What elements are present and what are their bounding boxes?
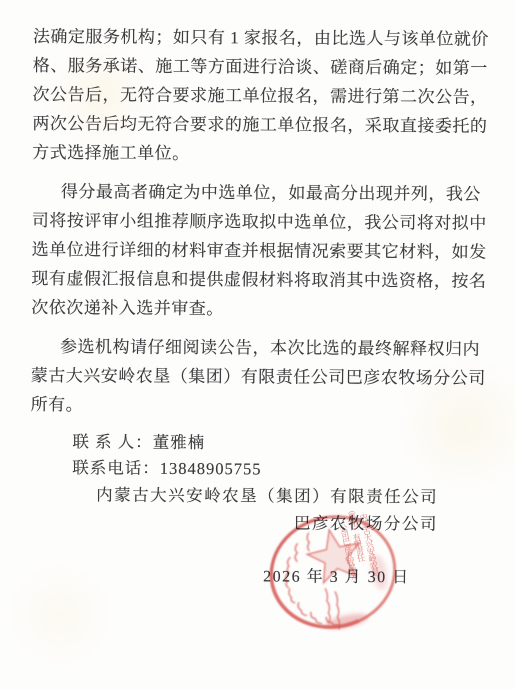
body-line: 蒙古大兴安岭农垦（集团）有限责任公司巴彦农牧场分公司 bbox=[31, 361, 489, 393]
body-line: 现有虚假汇报信息和提供虚假材料将取消其中选资格，按名 bbox=[31, 264, 489, 296]
body-line: 所有。 bbox=[31, 390, 489, 422]
body-line: 参选机构请仔细阅读公告，本次比选的最终解释权归内 bbox=[31, 332, 489, 364]
contact-person: 联 系 人：董雅楠 bbox=[72, 429, 488, 458]
contact-block: 联 系 人：董雅楠 联系电话：13848905755 bbox=[72, 429, 488, 484]
body-line: 两次公告后均无符合要求的施工单位报名，采取直接委托的 bbox=[32, 109, 490, 141]
contact-phone: 联系电话：13848905755 bbox=[72, 455, 488, 484]
body-line: 格、服务承诺、施工等方面进行洽谈、磋商后确定；如第一 bbox=[33, 51, 491, 83]
document-page: 法确定服务机构；如只有 1 家报名，由比选人与该单位就价 格、服务承诺、施工等方… bbox=[0, 0, 515, 690]
body-line: 司将按评审小组推荐顺序选取拟中选单位，我公司将对拟中 bbox=[32, 206, 490, 238]
body-line: 次公告后，无符合要求施工单位报名，需进行第二次公告， bbox=[32, 80, 490, 112]
body-line: 得分最高者确定为中选单位，如最高分出现并列，我公 bbox=[32, 177, 490, 209]
body-line: 方式选择施工单位。 bbox=[32, 138, 490, 170]
official-seal: 内蒙古大兴安岭农垦 （集团）有限责任 公司巴彦农牧场分 bbox=[232, 471, 434, 673]
body-line: 选单位进行详细的材料审查并根据情况索要其它材料，如发 bbox=[32, 235, 490, 267]
paragraph-interpretation-rights: 参选机构请仔细阅读公告，本次比选的最终解释权归内 蒙古大兴安岭农垦（集团）有限责… bbox=[31, 332, 490, 422]
seal-graphic bbox=[232, 471, 434, 673]
body-line: 次依次递补入选并审查。 bbox=[31, 293, 489, 325]
paragraph-winner-determination: 得分最高者确定为中选单位，如最高分出现并列，我公 司将按评审小组推荐顺序选取拟中… bbox=[31, 177, 490, 325]
paragraph-selection-method: 法确定服务机构；如只有 1 家报名，由比选人与该单位就价 格、服务承诺、施工等方… bbox=[32, 22, 491, 170]
body-line: 法确定服务机构；如只有 1 家报名，由比选人与该单位就价 bbox=[33, 22, 491, 54]
